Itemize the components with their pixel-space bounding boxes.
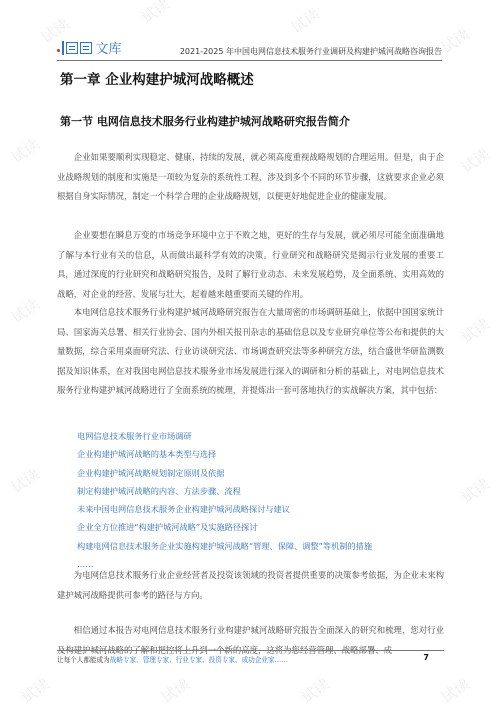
watermark: 试读 [137, 0, 174, 28]
paragraph-2: 企业要想在瞬息万变的市场竞争环境中立于不败之地，更好的生存与发展，就必须尽可能全… [57, 226, 444, 304]
logo-mark-icon [62, 41, 92, 55]
header-title: 2021-2025 年中国电网信息技术服务行业调研及构建护城河战略咨询报告 [180, 46, 442, 57]
watermark: 试读 [437, 23, 474, 57]
paragraph-3: 本电网信息技术服务行业构建护城河战略研究报告在大量周密的市场调研基础上，依据中国… [57, 303, 444, 401]
contents-list: 电网信息技术服务行业市场调研 企业构建护城河战略的基本类型与选择 企业构建护城河… [77, 427, 372, 573]
list-item[interactable]: 企业构建护城河战略规划制定原则及依据 [77, 464, 372, 482]
footer-prefix: 让每个人都能成为 [57, 656, 110, 664]
list-item[interactable]: 构建电网信息技术服务企业实施构建护城河战略“管理、保障、调整”等机制的措施 [77, 537, 372, 555]
watermark: 试读 [457, 313, 494, 347]
watermark: 试读 [7, 463, 44, 497]
watermark: 试读 [297, 673, 334, 706]
list-item[interactable]: 企业全方位推进“构建护城河战略”及实施路径探讨 [77, 518, 372, 536]
watermark: 试读 [457, 473, 494, 507]
footer-highlight: 战略专家、管理专家、行业专家、投资专家、成功企业家 [110, 656, 275, 664]
watermark: 试读 [157, 673, 194, 706]
page-header: 文库 2021-2025 年中国电网信息技术服务行业调研及构建护城河战略咨询报告 [57, 38, 442, 61]
logo: 文库 [57, 38, 122, 57]
chapter-title: 第一章 企业构建护城河战略概述 [60, 68, 254, 88]
section-title: 第一节 电网信息技术服务行业构建护城河战略研究报告简介 [60, 113, 350, 129]
paragraph-4: 为电网信息技术服务行业企业经营者及投资该领域的投资者提供重要的决策参考依据，为企… [57, 566, 444, 605]
watermark: 试读 [17, 673, 54, 706]
list-item[interactable]: 未来中国电网信息技术服务企业构建护城河战略探讨与建议 [77, 500, 372, 518]
watermark: 试读 [437, 673, 474, 706]
list-item[interactable]: 电网信息技术服务行业市场调研 [77, 427, 372, 445]
footer-divider [57, 650, 444, 651]
paragraph-1: 企业如果要顺利实现稳定、健康、持续的发展，就必须高度重视战略规划的合理运用。但是… [57, 148, 444, 207]
list-item[interactable]: 企业构建护城河战略的基本类型与选择 [77, 445, 372, 463]
logo-dot-icon [57, 49, 60, 52]
watermark: 试读 [7, 133, 44, 167]
logo-text: 文库 [96, 38, 122, 57]
watermark: 试读 [457, 143, 494, 177]
list-item[interactable]: 制定构建护城河战略的内容、方法步骤、流程 [77, 482, 372, 500]
page-footer: 让每个人都能成为战略专家、管理专家、行业专家、投资专家、成功企业家…… 7 [57, 654, 444, 664]
footer-suffix: …… [275, 656, 288, 664]
page-number: 7 [423, 653, 429, 662]
watermark: 试读 [7, 293, 44, 327]
watermark: 试读 [287, 3, 324, 37]
